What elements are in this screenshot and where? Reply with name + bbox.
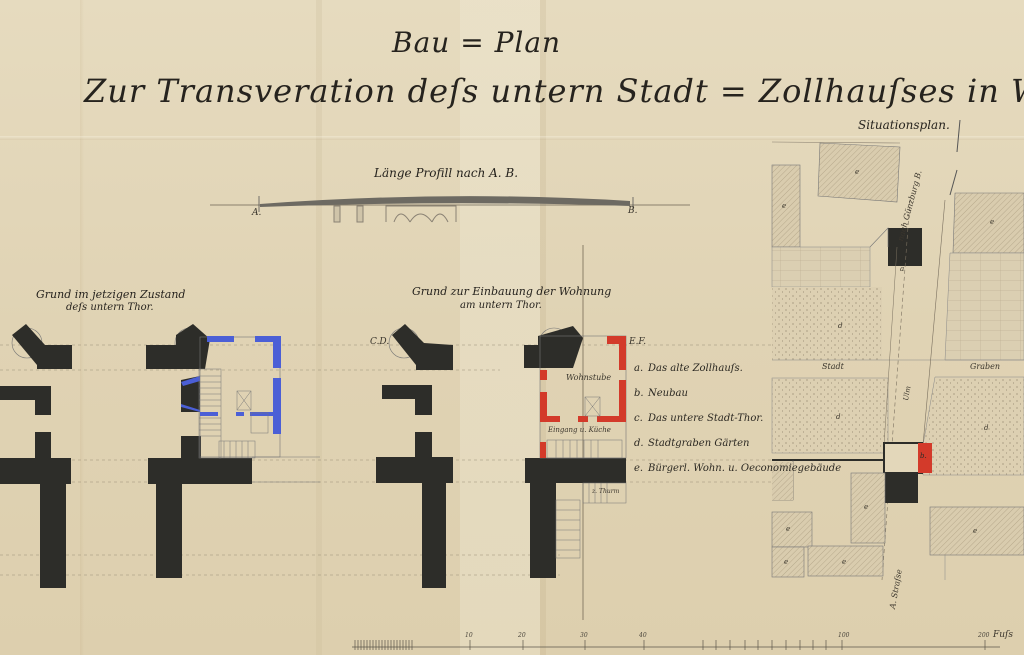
profile-point-a: A.	[252, 208, 261, 218]
marker-a: a	[900, 265, 904, 273]
moat-label-left: Stadt	[822, 362, 844, 371]
marker-e-7: e	[842, 558, 846, 566]
scale-tick-label: 100	[838, 632, 849, 639]
scale-tick-label: 20	[518, 632, 526, 639]
scale-bar	[352, 640, 1000, 650]
legend-item: e.Bürgerl. Wohn. u. Oeconomiegebäude	[634, 456, 841, 481]
plan-existing-title: Grund im jetzigen Zustand	[36, 288, 185, 301]
marker-e-3: e	[990, 218, 994, 226]
floor-plan-existing	[0, 324, 252, 588]
tower-label: z. Thurm	[592, 488, 619, 495]
plan-new-title: Grund zur Einbauung der Wohnung	[412, 285, 611, 298]
marker-d-1: d	[838, 322, 842, 330]
plan-existing-subtitle: deſs untern Thor.	[66, 302, 154, 313]
floor-plan-new	[376, 324, 626, 588]
architectural-drawing	[0, 0, 1024, 655]
marker-e-5: e	[786, 525, 790, 533]
marker-e-8: e	[973, 527, 977, 535]
moat-label-right: Graben	[970, 362, 1000, 371]
legend-item: a.Das alte Zollhauſs.	[634, 356, 841, 381]
legend-item: b.Neubau	[634, 381, 841, 406]
profile-point-b: B.	[628, 206, 637, 216]
room-label-wohnstube: Wohnstube	[566, 373, 611, 382]
scale-end-label: 200	[978, 632, 989, 639]
marker-cd: C.D.	[370, 337, 389, 347]
marker-d-3: d	[984, 424, 988, 432]
longitudinal-profile	[210, 196, 690, 222]
marker-e-1: e	[855, 168, 859, 176]
legend-item: c.Das untere Stadt-Thor.	[634, 406, 841, 431]
scale-tick-label: 40	[639, 632, 647, 639]
situation-plan-title: Situationsplan.	[858, 118, 950, 132]
plan-new-subtitle: am untern Thor.	[460, 300, 542, 311]
scale-tick-label: 10	[465, 632, 473, 639]
profile-title: Länge Profill nach A. B.	[374, 166, 518, 180]
legend: a.Das alte Zollhauſs. b.Neubau c.Das unt…	[634, 356, 841, 481]
scale-tick-label: 30	[580, 632, 588, 639]
marker-ef: E.F.	[629, 337, 646, 347]
marker-e-4: e	[864, 503, 868, 511]
legend-item: d.Stadtgraben Gärten	[634, 431, 841, 456]
marker-e-6: e	[784, 558, 788, 566]
scale-unit: Fuſs	[993, 630, 1013, 640]
room-label-entry: Eingang u. Küche	[548, 426, 611, 434]
marker-d-2: d	[836, 413, 840, 421]
situation-plan	[772, 120, 1024, 580]
marker-b: b.	[920, 452, 927, 460]
marker-e-2: e	[782, 202, 786, 210]
